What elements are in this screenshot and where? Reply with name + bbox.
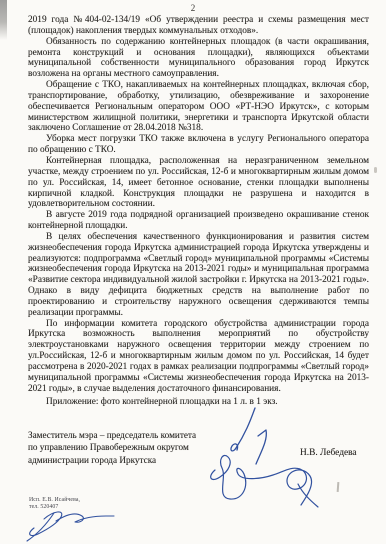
paragraph: По информации комитета городского обустр… [28,319,369,395]
signatory-title: Заместитель мэра – председатель комитета… [28,429,196,466]
scanned-letter-page: 2 2019 года №404-02-134/19 «Об утвержден… [0,0,386,544]
letter-body: 2019 года №404-02-134/19 «Об утверждении… [28,15,369,395]
scan-dot-artifact [374,167,377,173]
page-number: 2 [0,3,386,13]
main-signature-ink [203,406,323,510]
scan-dash-artifact [337,482,340,492]
paragraph: Контейнерная площадка, расположенная на … [28,156,369,210]
paragraph: Обращение с ТКО, накапливаемых на контей… [28,80,369,134]
signatory-name: Н.В. Лебедева [300,448,370,458]
paragraph: В целях обеспечения качественного функци… [28,232,369,319]
paragraph: 2019 года №404-02-134/19 «Об утверждении… [28,15,369,37]
paragraph: Уборка мест погрузки ТКО также включена … [28,134,369,156]
paragraph: Обязанность по содержанию контейнерных п… [28,37,369,80]
signatory-title-line: Заместитель мэра – председатель комитета [28,429,196,441]
signatory-title-line: администрации города Иркутска [28,454,196,466]
signatory-title-line: по управлению Правобережным округом [28,441,196,453]
executor-signature-ink [24,503,120,543]
paragraph: В августе 2019 года подрядной организаци… [28,210,369,232]
